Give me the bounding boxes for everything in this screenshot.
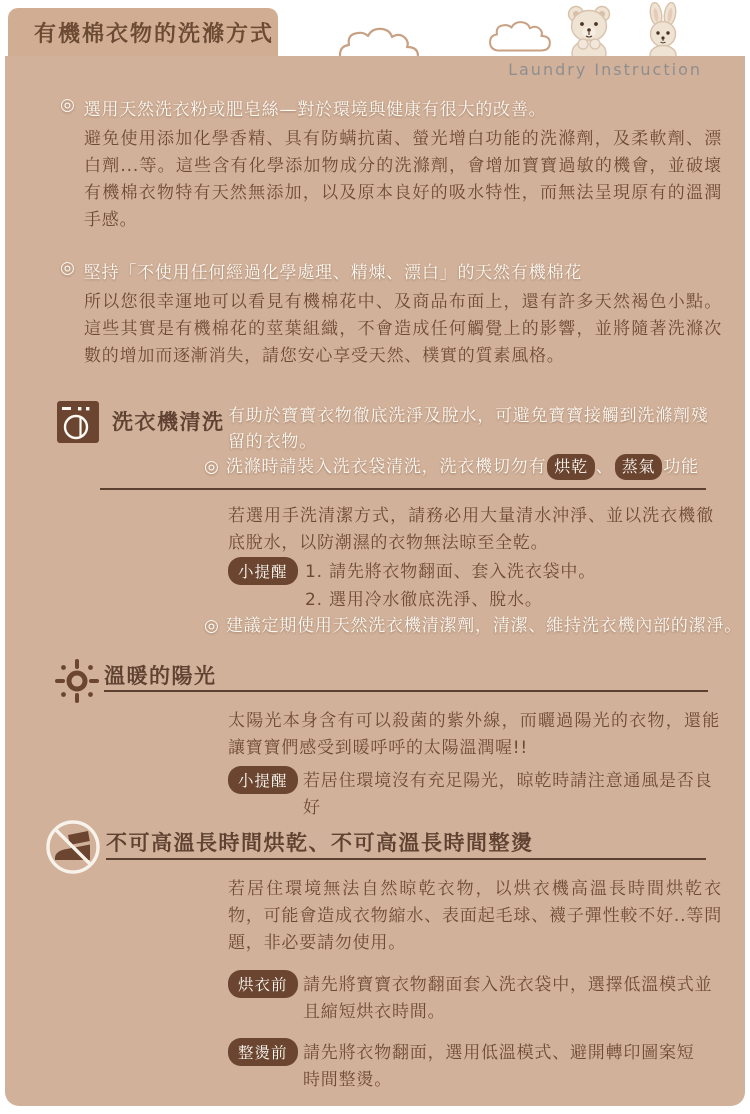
double-circle-bullet-icon: ◎ [204, 616, 220, 636]
iron-tip-text: 請先將衣物翻面，選用低溫模式、避開轉印圖案短時間整燙。 [303, 1040, 705, 1094]
iron-tip-badge-wrap: 整燙前 [228, 1038, 298, 1066]
bunny-icon [639, 2, 687, 56]
washer-note-2: ◎ 建議定期使用天然洗衣機清潔劑，清潔、維持洗衣機內部的潔淨。 [204, 613, 742, 639]
washer-note: ◎ 洗滌時請裝入洗衣袋清洗，洗衣機切勿有烘乾、蒸氣功能 [204, 454, 699, 480]
divider [100, 488, 706, 490]
intro-bullet-2-heading: 堅持「不使用任何經過化學處理、精煉、漂白」的天然有機棉花 [84, 258, 582, 283]
intro-bullet-1-body: 避免使用添加化學香精、具有防螨抗菌、螢光增白功能的洗滌劑，及柔軟劑、漂白劑...… [84, 126, 722, 234]
washer-tip-1: 1. 請先將衣物翻面、套入洗衣袋中。 [305, 559, 596, 586]
noheat-body: 若居住環境無法自然晾乾衣物，以烘衣機高溫長時間烘乾衣物，可能會造成衣物縮水、表面… [228, 876, 722, 957]
cloud-icon [487, 14, 559, 56]
sun-section-title: 溫暖的陽光 [104, 660, 217, 690]
sun-body: 太陽光本身含有可以殺菌的紫外線，而曬過陽光的衣物，還能讓寶寶們感受到暖呼呼的太陽… [228, 708, 720, 762]
tip-badge: 小提醒 [228, 557, 298, 585]
sun-icon [54, 658, 100, 704]
washer-note-prefix: 洗滌時請裝入洗衣袋清洗，洗衣機切勿有 [226, 457, 546, 477]
no-ironing-icon [44, 818, 102, 876]
steam-tag-badge: 蒸氣 [615, 454, 663, 480]
washer-section-title: 洗衣機清洗 [112, 406, 225, 436]
laundry-instruction-page: { "page": { "tab_title": "有機棉衣物的洗滌方式", "… [0, 0, 750, 1114]
divider [106, 858, 706, 860]
sun-tip: 若居住環境沒有充足陽光，晾乾時請注意通風是否良好 [303, 768, 723, 822]
double-circle-bullet-icon: ◎ [60, 95, 76, 120]
double-circle-bullet-icon: ◎ [204, 457, 220, 477]
washer-lead: 有助於寶寶衣物徹底洗淨及脫水，可避免寶寶接觸到洗滌劑殘留的衣物。 [228, 403, 710, 455]
page-title: 有機棉衣物的洗滌方式 [8, 17, 274, 48]
washing-machine-icon [56, 400, 100, 444]
intro-bullet-1-heading: 選用天然洗衣粉或肥皂絲—對於環境與健康有很大的改善。 [84, 95, 547, 120]
intro-bullet-2-body: 所以您很幸運地可以看見有機棉花中、及商品布面上，還有許多天然褐色小點。這些其實是… [84, 289, 722, 370]
dry-tag-badge: 烘乾 [547, 454, 595, 480]
washer-tip-badge-wrap: 小提醒 [228, 557, 298, 585]
page-title-tab: 有機棉衣物的洗滌方式 [8, 8, 278, 56]
tip-badge: 烘衣前 [228, 970, 298, 998]
washer-body: 若選用手洗清潔方式，請務必用大量清水沖淨、並以洗衣機徹底脫水，以防潮濕的衣物無法… [228, 503, 714, 557]
tip-badge: 整燙前 [228, 1038, 298, 1066]
double-circle-bullet-icon: ◎ [60, 258, 76, 283]
intro-bullet-2: ◎ 堅持「不使用任何經過化學處理、精煉、漂白」的天然有機棉花 [60, 258, 582, 283]
washer-note-separator: 、 [596, 457, 614, 477]
dry-tip-badge-wrap: 烘衣前 [228, 970, 298, 998]
tip-badge: 小提醒 [228, 766, 298, 794]
washer-note-2-text: 建議定期使用天然洗衣機清潔劑，清潔、維持洗衣機內部的潔淨。 [226, 616, 742, 636]
intro-bullet-1: ◎ 選用天然洗衣粉或肥皂絲—對於環境與健康有很大的改善。 [60, 95, 546, 120]
teddy-bear-icon [563, 3, 615, 56]
noheat-section-title: 不可高溫長時間烘乾、不可高溫長時間整燙 [106, 827, 534, 857]
cloud-icon [336, 26, 430, 56]
washer-tip-2: 2. 選用冷水徹底洗淨、脫水。 [305, 587, 543, 614]
sun-tip-badge-wrap: 小提醒 [228, 766, 298, 794]
washer-note-suffix: 功能 [663, 457, 699, 477]
divider [104, 690, 708, 692]
subtitle: Laundry Instruction [508, 60, 702, 79]
dry-tip-text: 請先將寶寶衣物翻面套入洗衣袋中，選擇低溫模式並且縮短烘衣時間。 [303, 972, 715, 1026]
